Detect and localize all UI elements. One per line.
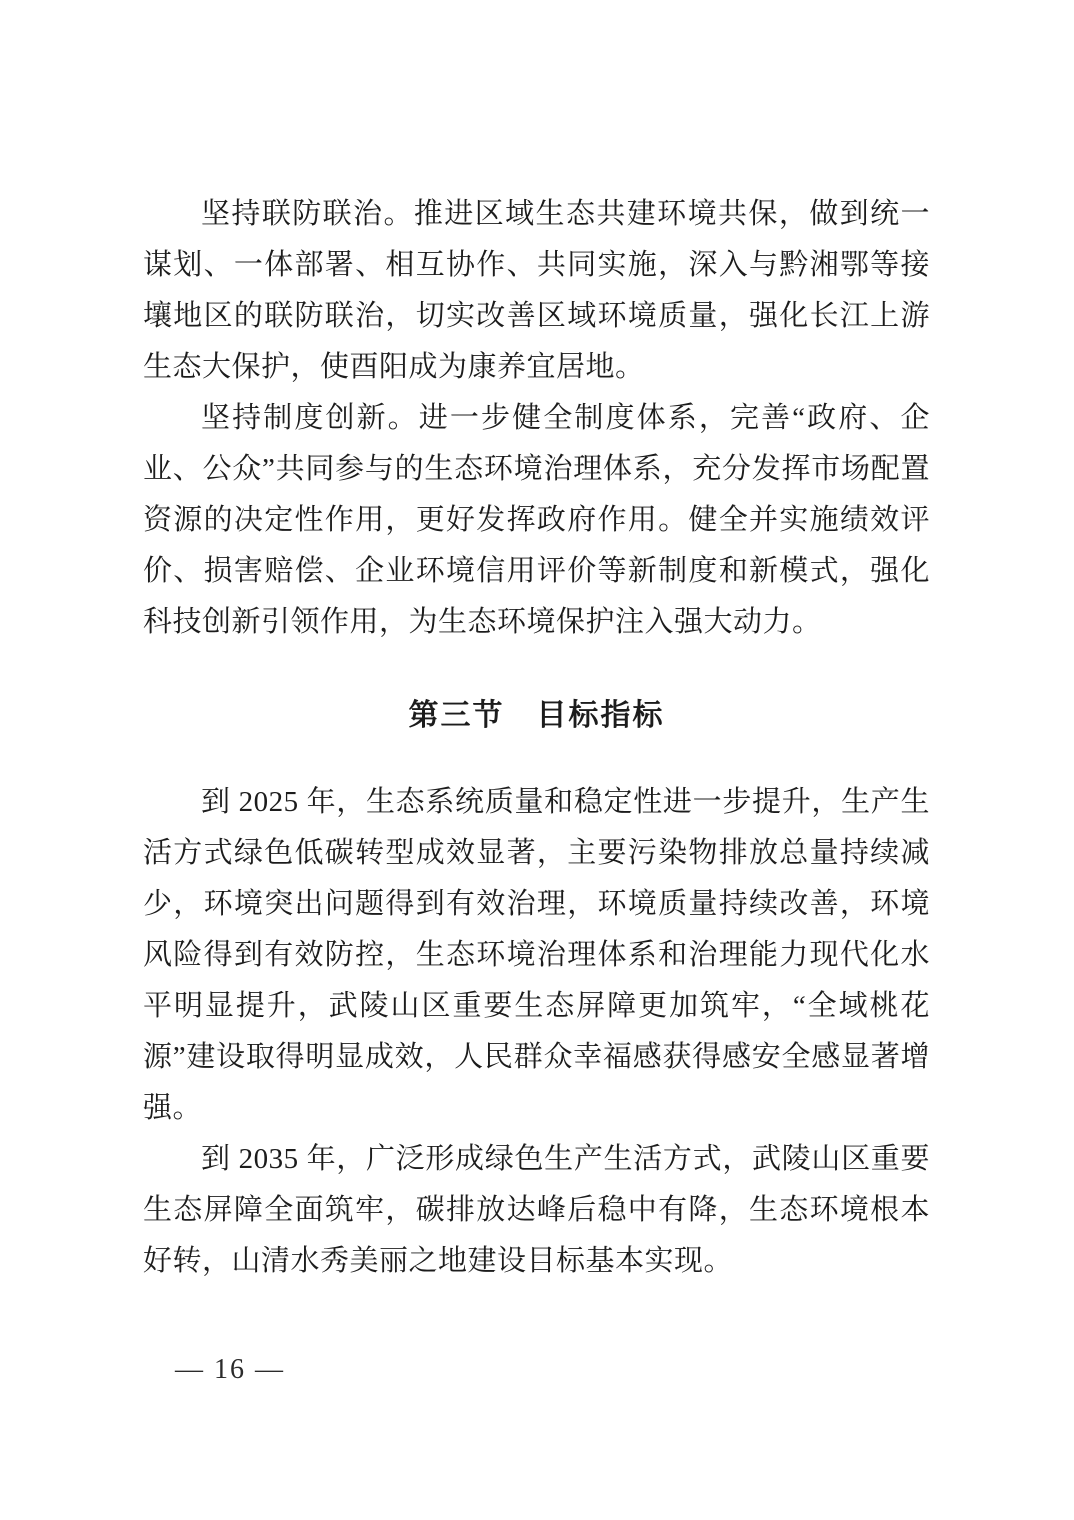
body-paragraph-2035-goals: 到 2035 年，广泛形成绿色生产生活方式，武陵山区重要生态屏障全面筑牢，碳排放… <box>143 1134 930 1287</box>
body-paragraph-joint-prevention: 坚持联防联治。推进区域生态共建环境共保，做到统一谋划、一体部署、相互协作、共同实… <box>143 189 930 393</box>
page-number: — 16 — <box>175 1350 285 1390</box>
document-page: 坚持联防联治。推进区域生态共建环境共保，做到统一谋划、一体部署、相互协作、共同实… <box>0 0 1074 1520</box>
body-paragraph-2025-goals: 到 2025 年，生态系统质量和稳定性进一步提升，生产生活方式绿色低碳转型成效显… <box>143 777 930 1134</box>
section-heading: 第三节 目标指标 <box>143 690 930 741</box>
text-block: 坚持联防联治。推进区域生态共建环境共保，做到统一谋划、一体部署、相互协作、共同实… <box>143 189 930 1287</box>
body-paragraph-institutional-innovation: 坚持制度创新。进一步健全制度体系，完善“政府、企业、公众”共同参与的生态环境治理… <box>143 393 930 648</box>
